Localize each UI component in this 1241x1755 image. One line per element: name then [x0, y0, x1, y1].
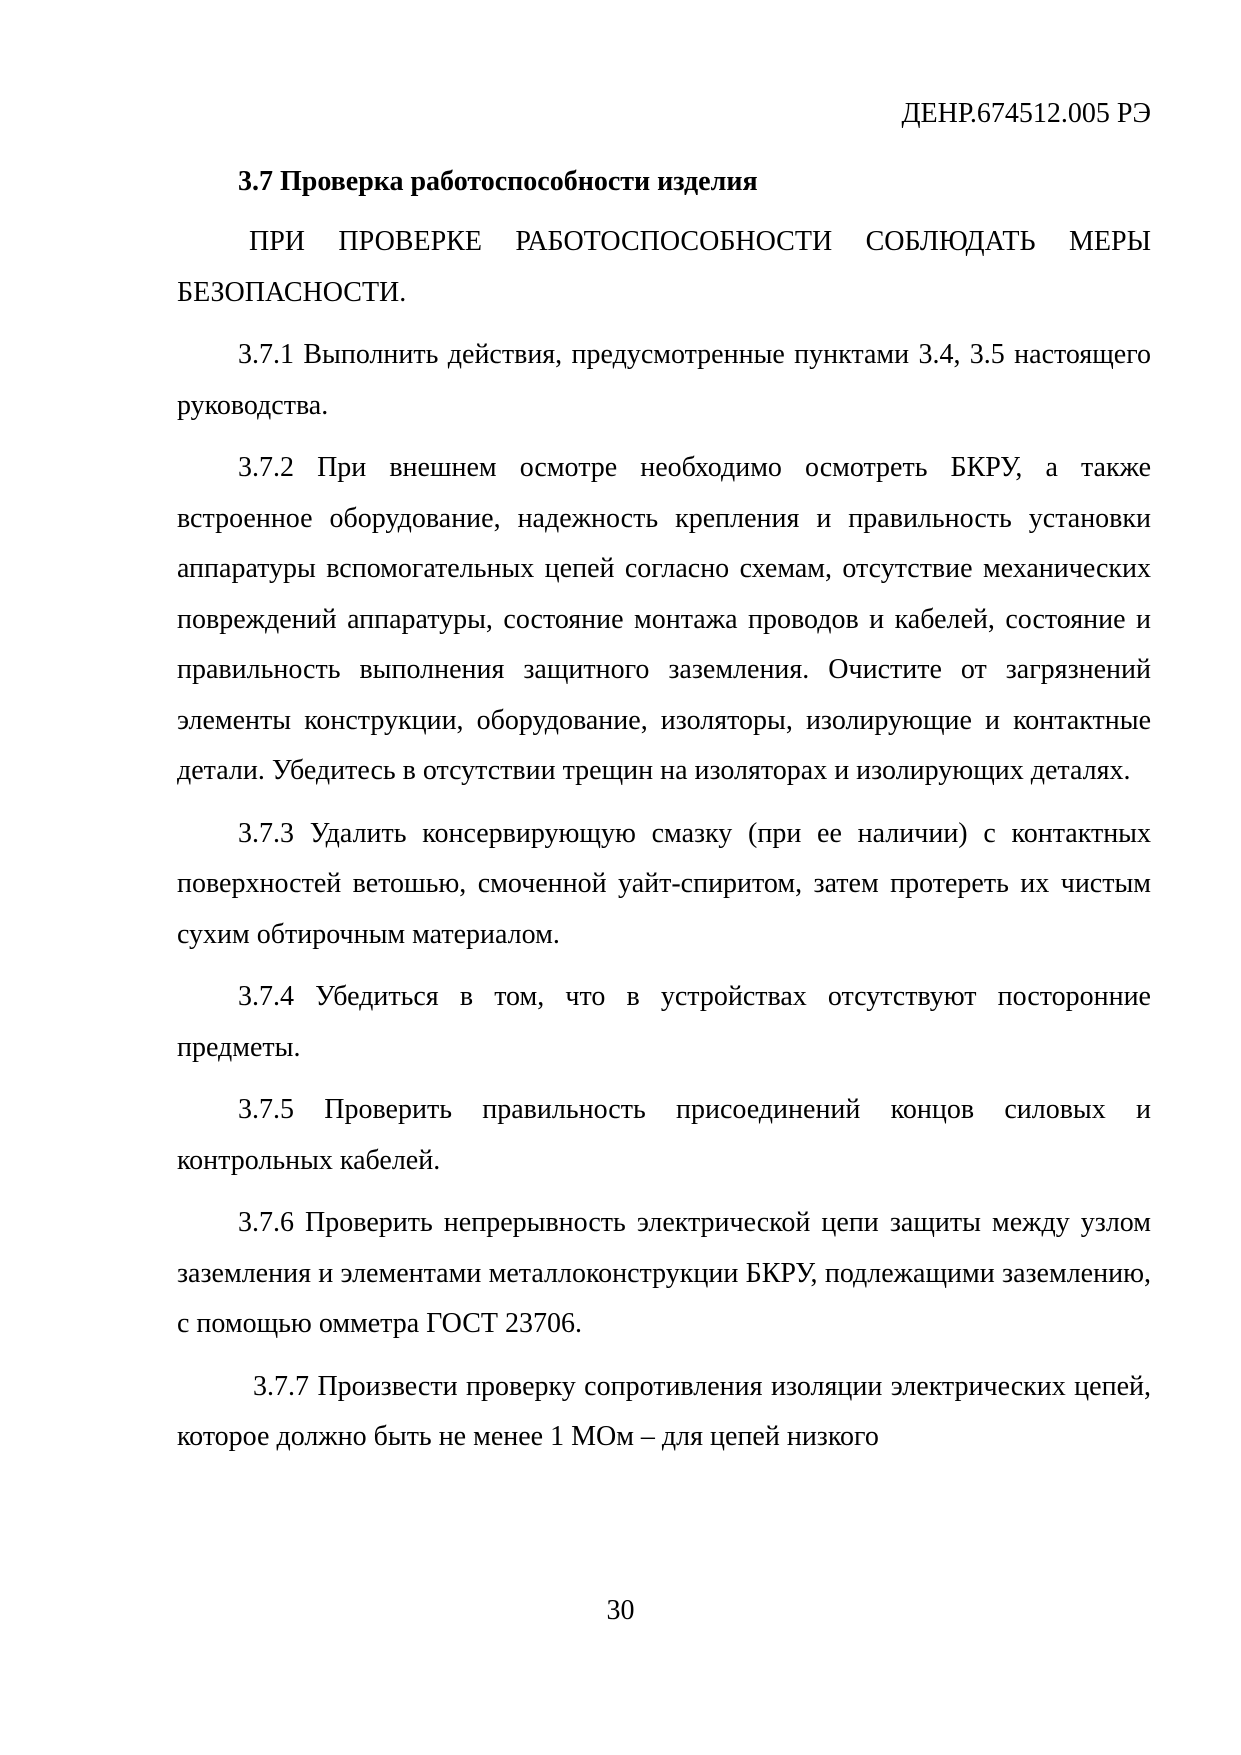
paragraph-3-7-1: 3.7.1 Выполнить действия, предусмотренны… [177, 330, 1151, 431]
document-code: ДЕНР.674512.005 РЭ [901, 98, 1151, 130]
paragraph-3-7-2: 3.7.2 При внешнем осмотре необходимо осм… [177, 443, 1151, 797]
safety-warning: ПРИ ПРОВЕРКЕ РАБОТОСПОСОБНОСТИ СОБЛЮДАТЬ… [177, 217, 1151, 318]
paragraph-3-7-7: 3.7.7 Произвести проверку сопротивления … [177, 1362, 1151, 1463]
page-content: 3.7 Проверка работоспособности изделия П… [177, 157, 1151, 1463]
paragraph-3-7-6: 3.7.6 Проверить непрерывность электричес… [177, 1198, 1151, 1350]
paragraph-3-7-4: 3.7.4 Убедиться в том, что в устройствах… [177, 972, 1151, 1073]
page-number: 30 [0, 1595, 1241, 1627]
paragraph-3-7-5: 3.7.5 Проверить правильность присоединен… [177, 1085, 1151, 1186]
section-title: 3.7 Проверка работоспособности изделия [177, 157, 1151, 207]
paragraph-3-7-3: 3.7.3 Удалить консервирующую смазку (при… [177, 809, 1151, 961]
